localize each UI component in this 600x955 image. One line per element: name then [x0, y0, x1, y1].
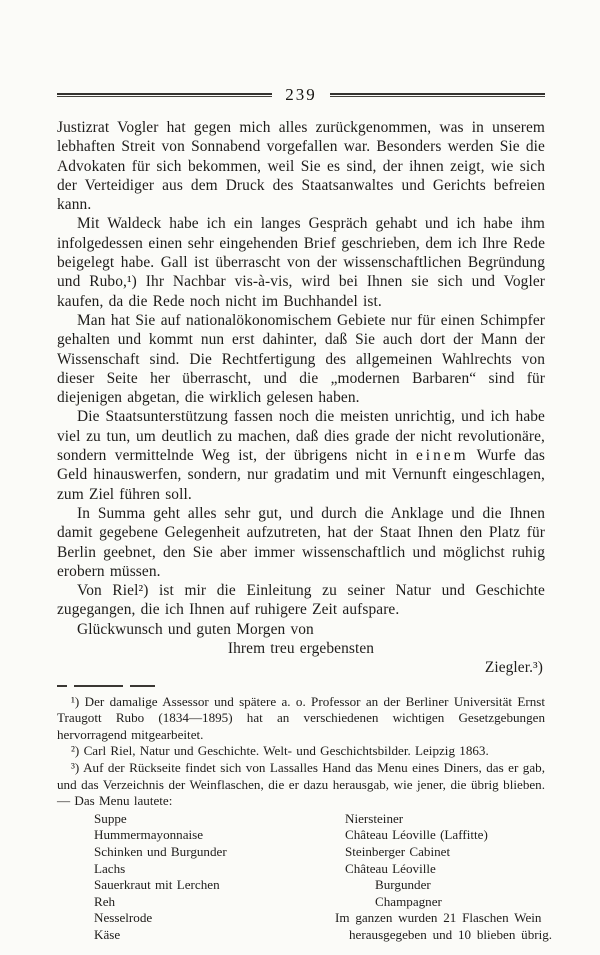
menu-row: Nesselrode Im ganzen wurden 21 Flaschen … [57, 910, 545, 927]
book-page: 239 Justizrat Vogler hat gegen mich alle… [0, 0, 600, 955]
menu-row: Lachs Château Léoville [57, 861, 545, 878]
menu-wine: Burgunder [345, 877, 545, 894]
paragraph-7: Glückwunsch und guten Morgen von [57, 620, 545, 639]
page-number: 239 [285, 87, 317, 102]
footnote-2-text: Carl Riel, Natur und Geschichte. Welt- u… [84, 743, 489, 758]
menu-dish: Hummermayonnaise [57, 827, 345, 844]
menu-dish: Sauerkraut mit Lerchen [57, 877, 345, 894]
footnote-separator [57, 685, 545, 688]
menu-wine-note: herausgegeben und 10 blieben übrig. [345, 927, 552, 944]
separator-dash-short [57, 685, 67, 687]
menu-dish: Reh [57, 894, 345, 911]
separator-dash-medium [130, 685, 155, 687]
footnote-3-text: Auf der Rückseite findet sich von Lassal… [57, 760, 545, 808]
menu-wine-note: Im ganzen wurden 21 Flaschen Wein [335, 910, 545, 927]
menu-dish: Schinken und Burgunder [57, 844, 345, 861]
menu-row: Schinken und Burgunder Steinberger Cabin… [57, 844, 545, 861]
menu-dish: Lachs [57, 861, 345, 878]
paragraph-4: Die Staatsunterstützung fassen noch die … [57, 407, 545, 503]
menu-wine: Champagner [345, 894, 545, 911]
footnote-2-marker: ²) [71, 743, 79, 758]
header-rule-left [57, 93, 272, 97]
menu-row: Reh Champagner [57, 894, 545, 911]
separator-dash-long [74, 685, 123, 687]
menu-dish: Nesselrode [57, 910, 345, 927]
menu-wine: Château Léoville (Laffitte) [345, 827, 545, 844]
paragraph-1: Justizrat Vogler hat gegen mich alles zu… [57, 118, 545, 214]
menu-table: Suppe Niersteiner Hummermayonnaise Châte… [57, 811, 545, 944]
menu-row: Käse herausgegeben und 10 blieben übrig. [57, 927, 545, 944]
menu-row: Suppe Niersteiner [57, 811, 545, 828]
menu-wine: Steinberger Cabinet [345, 844, 545, 861]
paragraph-3: Man hat Sie auf nationalökonomischem Geb… [57, 311, 545, 407]
footnotes: ¹) Der damalige Assessor und spätere a. … [57, 694, 545, 944]
footnote-3-marker: ³) [71, 760, 79, 775]
footnote-1-marker: ¹) [71, 694, 79, 709]
menu-dish: Suppe [57, 811, 345, 828]
valediction: Ihrem treu ergebensten [57, 639, 545, 658]
signature: Ziegler.³) [57, 658, 545, 677]
paragraph-4-emphasis: einem [416, 447, 469, 464]
footnote-1-text: Der damalige Assessor und spätere a. o. … [57, 694, 545, 742]
paragraph-5: In Summa geht alles sehr gut, und durch … [57, 504, 545, 581]
letter-body: Justizrat Vogler hat gegen mich alles zu… [57, 118, 545, 678]
menu-row: Hummermayonnaise Château Léoville (Laffi… [57, 827, 545, 844]
footnote-3: ³) Auf der Rückseite findet sich von Las… [57, 760, 545, 810]
menu-row: Sauerkraut mit Lerchen Burgunder [57, 877, 545, 894]
menu-wine: Niersteiner [345, 811, 545, 828]
footnote-1: ¹) Der damalige Assessor und spätere a. … [57, 694, 545, 744]
menu-dish: Käse [57, 927, 345, 944]
page-header: 239 [57, 87, 545, 102]
footnote-2: ²) Carl Riel, Natur und Geschichte. Welt… [57, 743, 545, 760]
header-rule-right [330, 93, 545, 97]
paragraph-6: Von Riel²) ist mir die Einleitung zu sei… [57, 581, 545, 620]
paragraph-2: Mit Waldeck habe ich ein langes Gespräch… [57, 214, 545, 310]
menu-wine: Château Léoville [345, 861, 545, 878]
